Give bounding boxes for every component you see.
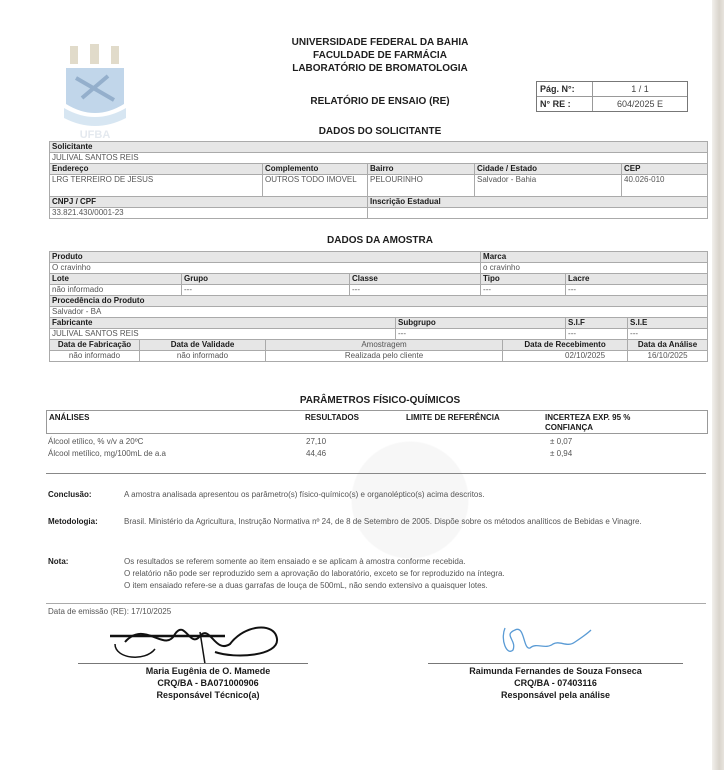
signatory-2: Raimunda Fernandes de Souza Fonseca CRQ/… (428, 665, 683, 701)
classe-value: --- (350, 285, 481, 296)
bairro-label: Bairro (368, 164, 475, 175)
produto-value: O cravinho (50, 263, 481, 274)
page-number-box: Pág. N°: 1 / 1 N° RE : 604/2025 E (536, 81, 688, 112)
validade-label: Data de Validade (140, 340, 266, 351)
page-value: 1 / 1 (593, 82, 687, 96)
fabricacao-label: Data de Fabricação (50, 340, 140, 351)
fabricante-value: JULIVAL SANTOS REIS (50, 329, 396, 340)
cep-label: CEP (622, 164, 708, 175)
col-incerteza: INCERTEZA EXP. 95 % CONFIANÇA (545, 413, 665, 433)
params-section-title: PARÂMETROS FÍSICO-QUÍMICOS (0, 395, 724, 406)
signature-line-2 (428, 663, 683, 664)
produto-label: Produto (50, 252, 481, 263)
sif-label: S.I.F (566, 318, 628, 329)
col-analises: ANÁLISES (49, 413, 89, 423)
signatory-role: Responsável pela análise (428, 689, 683, 701)
amostragem-value: Realizada pelo cliente (266, 351, 503, 362)
lacre-label: Lacre (566, 274, 708, 285)
metodologia-text: Brasil. Ministério da Agricultura, Instr… (124, 516, 699, 528)
sif-value: --- (566, 329, 628, 340)
signatory-name: Maria Eugênia de O. Mamede (78, 665, 338, 677)
complemento-value: OUTROS TODO IMOVEL (263, 175, 368, 197)
procedencia-value: Salvador - BA (50, 307, 708, 318)
tipo-value: --- (481, 285, 566, 296)
signatory-1: Maria Eugênia de O. Mamede CRQ/BA - BA07… (78, 665, 338, 701)
params-row: Álcool etílico, % v/v a 20ºC 27,10 ± 0,0… (48, 437, 708, 448)
sie-label: S.I.E (628, 318, 708, 329)
col-resultados: RESULTADOS (305, 413, 359, 423)
params-divider (46, 473, 706, 474)
re-label: N° RE : (537, 97, 593, 111)
bairro-value: PELOURINHO (368, 175, 475, 197)
signature-line-1 (78, 663, 308, 664)
recebimento-value: 02/10/2025 (503, 351, 628, 362)
analise-result: 44,46 (306, 449, 326, 458)
sie-value: --- (628, 329, 708, 340)
nota-list: Os resultados se referem somente ao item… (124, 556, 704, 592)
signatory-name: Raimunda Fernandes de Souza Fonseca (428, 665, 683, 677)
analise-result: 27,10 (306, 437, 326, 446)
requester-table: Solicitante JULIVAL SANTOS REIS Endereço… (49, 141, 708, 219)
fabricacao-value: não informado (50, 351, 140, 362)
nota-line: Os resultados se referem somente ao item… (124, 556, 704, 568)
analise-name: Álcool metílico, mg/100mL de a.a (48, 449, 166, 458)
marca-value: o cravinho (481, 263, 708, 274)
analise-uncertainty: ± 0,94 (550, 449, 572, 458)
signatory-crq: CRQ/BA - BA071000906 (78, 677, 338, 689)
cnpj-label: CNPJ / CPF (50, 197, 368, 208)
analise-date-value: 16/10/2025 (628, 351, 708, 362)
lacre-value: --- (566, 285, 708, 296)
lote-value: não informado (50, 285, 182, 296)
marca-label: Marca (481, 252, 708, 263)
solicitante-label: Solicitante (50, 142, 708, 153)
solicitante-value: JULIVAL SANTOS REIS (50, 153, 708, 164)
analise-name: Álcool etílico, % v/v a 20ºC (48, 437, 143, 446)
col-limite: LIMITE DE REFERÊNCIA (406, 413, 500, 423)
requester-section-title: DADOS DO SOLICITANTE (0, 126, 724, 137)
complemento-label: Complemento (263, 164, 368, 175)
cep-value: 40.026-010 (622, 175, 708, 197)
sample-table: Produto Marca O cravinho o cravinho Lote… (49, 251, 708, 362)
grupo-value: --- (182, 285, 350, 296)
nota-line: O item ensaiado refere-se a duas garrafa… (124, 580, 704, 592)
cidade-value: Salvador - Bahia (475, 175, 622, 197)
inscricao-value (368, 208, 708, 219)
nota-line: O relatório não pode ser reproduzido sem… (124, 568, 704, 580)
cidade-label: Cidade / Estado (475, 164, 622, 175)
params-row: Álcool metílico, mg/100mL de a.a 44,46 ±… (48, 449, 708, 460)
tipo-label: Tipo (481, 274, 566, 285)
amostragem-label: Amostragem (266, 340, 503, 351)
sample-section-title: DADOS DA AMOSTRA (0, 235, 724, 246)
conclusao-label: Conclusão: (48, 490, 92, 499)
paper-edge (712, 0, 724, 770)
re-value: 604/2025 E (593, 97, 687, 111)
nota-label: Nota: (48, 557, 68, 566)
fabricante-label: Fabricante (50, 318, 396, 329)
procedencia-label: Procedência do Produto (50, 296, 708, 307)
signatory-crq: CRQ/BA - 07403116 (428, 677, 683, 689)
grupo-label: Grupo (182, 274, 350, 285)
lote-label: Lote (50, 274, 182, 285)
cnpj-value: 33.821.430/0001-23 (50, 208, 368, 219)
faculty-name: FACULDADE DE FARMÁCIA (0, 49, 724, 62)
inscricao-label: Inscrição Estadual (368, 197, 708, 208)
subgrupo-value: --- (396, 329, 566, 340)
institution-name: UNIVERSIDADE FEDERAL DA BAHIA (0, 36, 724, 49)
endereco-value: LRG TERREIRO DE JESUS (50, 175, 263, 197)
signatory-role: Responsável Técnico(a) (78, 689, 338, 701)
page-label: Pág. N°: (537, 82, 593, 96)
subgrupo-label: Subgrupo (396, 318, 566, 329)
analise-uncertainty: ± 0,07 (550, 437, 572, 446)
signature-1-icon (105, 614, 280, 664)
recebimento-label: Data de Recebimento (503, 340, 628, 351)
document-header: UNIVERSIDADE FEDERAL DA BAHIA FACULDADE … (0, 36, 724, 75)
analise-date-label: Data da Análise (628, 340, 708, 351)
conclusao-text: A amostra analisada apresentou os parâme… (124, 489, 704, 501)
validade-value: não informado (140, 351, 266, 362)
metodologia-label: Metodologia: (48, 517, 98, 526)
endereco-label: Endereço (50, 164, 263, 175)
signature-2-icon (495, 620, 595, 662)
classe-label: Classe (350, 274, 481, 285)
notes-divider (46, 603, 706, 604)
params-header: ANÁLISES RESULTADOS LIMITE DE REFERÊNCIA… (46, 410, 708, 434)
laboratory-name: LABORATÓRIO DE BROMATOLOGIA (0, 62, 724, 75)
